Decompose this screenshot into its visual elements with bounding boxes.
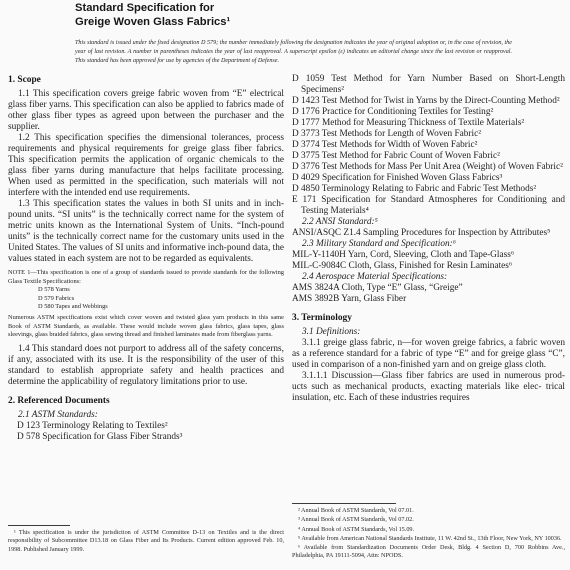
para-3-1-1: 3.1.1 greige glass fabric, n—for woven g… [292,338,565,371]
subsection-ansi-standard: 2.2 ANSI Standard:⁵ [292,217,565,228]
reference-item: D 3775 Test Method for Fabric Count of W… [292,151,565,162]
footnote-rule [292,503,396,504]
reference-item: D 1777 Method for Measuring Thickness of… [292,118,565,129]
note-1-continued: Numerous ASTM specifications exist which… [8,314,284,340]
note-list-item: D 578 Yarns [38,286,284,295]
reference-item: D 1423 Test Method for Twist in Yarns by… [292,96,565,107]
footnote-6: ⁶ Available from Standardization Documen… [292,544,565,561]
reference-item: D 4029 Specification for Finished Woven … [292,173,565,184]
standard-preamble: This standard is issued under the fixed … [75,39,512,66]
right-column: D 1059 Test Method for Yarn Number Based… [292,74,565,506]
reference-item: D 3776 Test Methods for Mass Per Unit Ar… [292,162,565,173]
section-referenced-heading: 2. Referenced Documents [8,395,284,407]
footnote-5: ⁵ Available from American National Stand… [292,535,565,543]
subsection-military-standard: 2.3 Military Standard and Specification:… [292,239,565,250]
reference-item: D 1059 Test Method for Yarn Number Based… [292,74,565,96]
subsection-definitions: 3.1 Definitions: [292,327,565,338]
reference-item: AMS 3892B Yarn, Glass Fiber [292,294,565,305]
note-list-item: D 579 Fabrics [38,295,284,304]
footnote-1: ¹ This specification is under the jurisd… [8,529,284,554]
reference-item: D 123 Terminology Relating to Textiles² [17,421,284,432]
reference-item: MIL-Y-1140H Yarn, Cord, Sleeving, Cloth … [292,250,565,261]
reference-item: D 3774 Test Methods for Width of Woven F… [292,140,565,151]
para-1-2: 1.2 This specification specifies the dim… [8,133,284,199]
doc-title: Standard Specification for Greige Woven … [75,2,230,29]
footnote-rule [8,525,70,526]
reference-item: ANSI/ASQC Z1.4 Sampling Procedures for I… [292,228,565,239]
para-1-4: 1.4 This standard does not purport to ad… [8,344,284,388]
reference-item: E 171 Specification for Standard Atmosph… [292,195,565,217]
reference-item: MIL-C-9084C Cloth, Glass, Finished for R… [292,261,565,272]
reference-item: AMS 3824A Cloth, Type “E” Glass, “Greige… [292,283,565,294]
section-terminology-heading: 3. Terminology [292,312,565,324]
subsection-astm-standards: 2.1 ASTM Standards: [8,410,284,421]
left-column: 1. Scope 1.1 This specification covers g… [8,74,284,443]
para-3-1-1-1: 3.1.1.1 Discussion—Glass fiber fabrics a… [292,371,565,404]
reference-item: D 1776 Practice for Conditioning Textile… [292,107,565,118]
footnote-4: ⁴ Annual Book of ASTM Standards, Vol 15.… [292,526,565,534]
doc-title-line1: Standard Specification for [75,2,230,16]
footnote-2: ² Annual Book of ASTM Standards, Vol 07.… [292,507,565,515]
footnote-block-right: ² Annual Book of ASTM Standards, Vol 07.… [292,503,565,562]
para-1-1: 1.1 This specification covers greige fab… [8,89,284,133]
doc-title-line2: Greige Woven Glass Fabrics¹ [75,16,230,30]
note-list-item: D 580 Tapes and Webbings [38,303,284,312]
reference-item: D 4850 Terminology Relating to Fabric an… [292,184,565,195]
subsection-aerospace-specs: 2.4 Aerospace Material Specifications: [292,272,565,283]
reference-item: D 3773 Test Methods for Length of Woven … [292,129,565,140]
document-page: Standard Specification for Greige Woven … [0,0,570,570]
section-scope-heading: 1. Scope [8,74,284,86]
note-1: NOTE 1—This specification is one of a gr… [8,269,284,286]
footnote-3: ³ Annual Book of ASTM Standards, Vol 07.… [292,516,565,524]
footnote-block-left: ¹ This specification is under the jurisd… [8,525,284,555]
para-1-3: 1.3 This specification states the values… [8,199,284,265]
reference-item: D 578 Specification for Glass Fiber Stra… [17,432,284,443]
